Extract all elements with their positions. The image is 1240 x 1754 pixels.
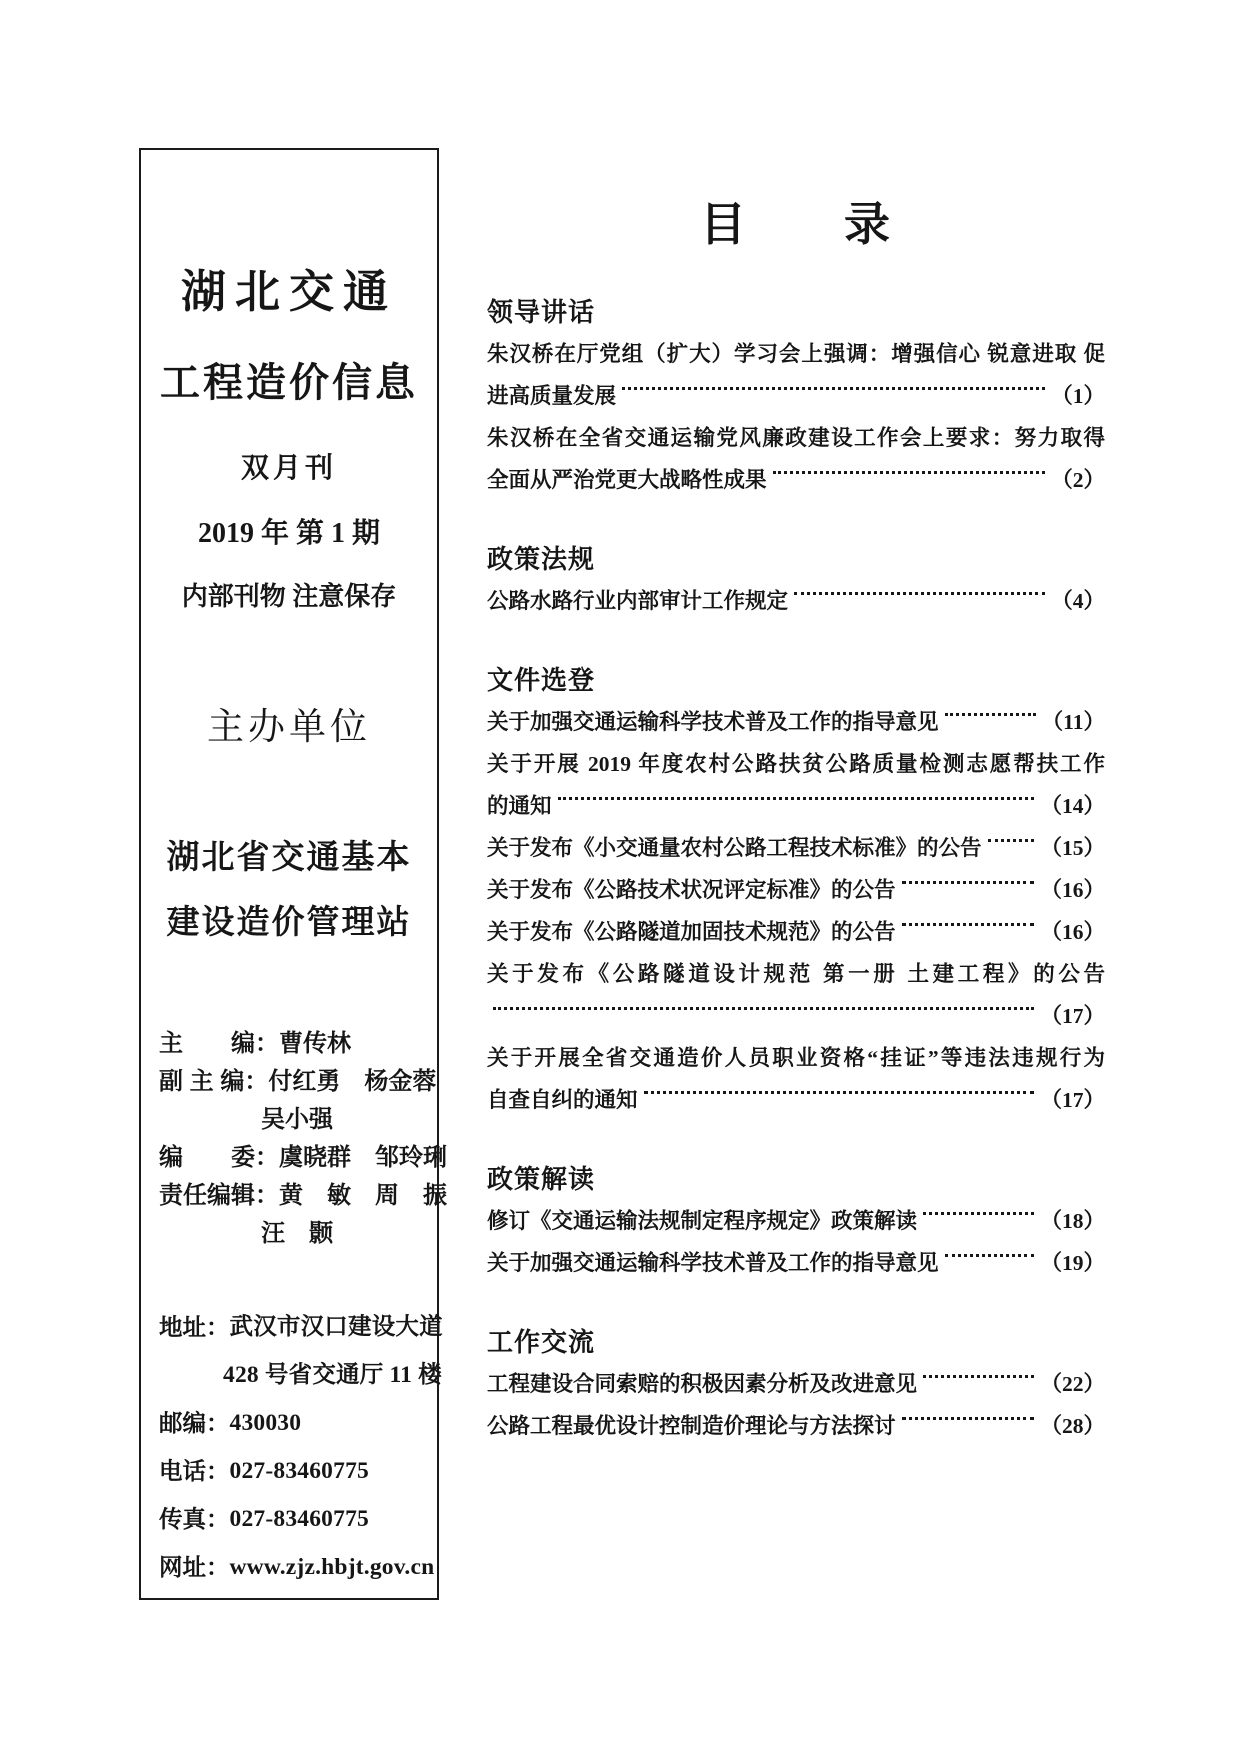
journal-issue: 2019 年 第 1 期 [141,512,437,556]
contact-line: 传真：027-83460775 [159,1495,433,1543]
toc-page-number: （22） [1040,1363,1105,1405]
toc-page-number: （18） [1040,1200,1105,1242]
toc-entry-text: 公路工程最优设计控制造价理论与方法探讨 [487,1405,896,1447]
staff-role-label: 责任编辑： [159,1177,279,1215]
staff-person-name: 曹传林 [279,1025,351,1063]
toc-entry-line: 关于发布《公路隧道加固技术规范》的公告（16） [487,911,1105,953]
toc-entry-line: 朱汉桥在厅党组（扩大）学习会上强调：增强信心 锐意进取 促 [487,333,1105,375]
toc-page-number: （17） [1040,995,1105,1037]
toc-section-heading: 领导讲话 [487,291,1105,333]
journal-notice: 内部刊物 注意保存 [141,575,437,619]
toc-page-number: （1） [1051,375,1105,417]
toc-entry-line: 关于开展全省交通造价人员职业资格“挂证”等违法违规行为 [487,1037,1105,1079]
table-of-contents: 目 录 领导讲话朱汉桥在厅党组（扩大）学习会上强调：增强信心 锐意进取 促进高质… [487,196,1105,1447]
toc-entry-text: 全面从严治党更大战略性成果 [487,459,767,501]
toc-page-number: （16） [1040,869,1105,911]
toc-entry-line: 关于发布《公路隧道设计规范 第一册 土建工程》的公告 [487,953,1105,995]
toc-entry-text: 自查自纠的通知 [487,1079,638,1121]
contact-label: 网址： [159,1543,230,1591]
toc-entry-line: 关于加强交通运输科学技术普及工作的指导意见（11） [487,701,1105,743]
contact-line: 邮编：430030 [159,1399,433,1447]
contact-label: 地址： [159,1303,230,1351]
staff-line: 汪 颢 [159,1215,431,1253]
journal-frequency: 双月刊 [141,447,437,491]
staff-line: 责任编辑：黄 敏 周 振 [159,1177,431,1215]
contact-label: 传真： [159,1495,230,1543]
toc-entry-text: 关于加强交通运输科学技术普及工作的指导意见 [487,701,939,743]
journal-title-line2: 工程造价信息 [141,351,437,415]
staff-person-name: 汪 颢 [261,1215,333,1253]
toc-entry-line: 全面从严治党更大战略性成果（2） [487,459,1105,501]
toc-entry-line: 关于加强交通运输科学技术普及工作的指导意见（19） [487,1242,1105,1284]
contact-label [159,1351,223,1399]
toc-section: 领导讲话朱汉桥在厅党组（扩大）学习会上强调：增强信心 锐意进取 促进高质量发展（… [487,291,1105,501]
staff-line: 副 主 编：付红勇 杨金蓉 [159,1063,431,1101]
contact-line: 428 号省交通厅 11 楼 [159,1351,433,1399]
toc-title: 目 录 [487,196,1105,254]
toc-sections: 领导讲话朱汉桥在厅党组（扩大）学习会上强调：增强信心 锐意进取 促进高质量发展（… [487,291,1105,1447]
toc-section: 工作交流工程建设合同索赔的积极因素分析及改进意见（22）公路工程最优设计控制造价… [487,1321,1105,1447]
contact-value: www.zjz.hbjt.gov.cn [230,1543,435,1591]
toc-entry-text: 公路水路行业内部审计工作规定 [487,580,788,622]
toc-entry-line: 关于发布《小交通量农村公路工程技术标准》的公告（15） [487,827,1105,869]
contact-value: 武汉市汉口建设大道 [230,1303,443,1351]
toc-page-number: （4） [1051,580,1105,622]
organizer-name-line2: 建设造价管理站 [141,897,437,947]
toc-entry-line: 工程建设合同索赔的积极因素分析及改进意见（22） [487,1363,1105,1405]
organizer-heading: 主办单位 [141,699,437,755]
toc-entry-text: 修订《交通运输法规制定程序规定》政策解读 [487,1200,917,1242]
toc-entry-text: 关于发布《公路隧道加固技术规范》的公告 [487,911,896,953]
toc-entry-text: 的通知 [487,785,552,827]
staff-role-label: 主 编： [159,1025,279,1063]
toc-entry-text: 关于加强交通运输科学技术普及工作的指导意见 [487,1242,939,1284]
toc-entry-line: 公路水路行业内部审计工作规定（4） [487,580,1105,622]
toc-entry-text: 进高质量发展 [487,375,616,417]
toc-section-heading: 政策法规 [487,538,1105,580]
toc-section-heading: 文件选登 [487,659,1105,701]
contact-label: 邮编： [159,1399,230,1447]
contact-line: 电话：027-83460775 [159,1447,433,1495]
toc-entry-line: 朱汉桥在全省交通运输党风廉政建设工作会上要求：努力取得 [487,417,1105,459]
staff-role-label: 编 委： [159,1139,279,1177]
staff-role-label [159,1101,261,1139]
toc-page-number: （2） [1051,459,1105,501]
toc-entry-line: 修订《交通运输法规制定程序规定》政策解读（18） [487,1200,1105,1242]
toc-section: 政策解读修订《交通运输法规制定程序规定》政策解读（18）关于加强交通运输科学技术… [487,1158,1105,1284]
toc-entry-text: 工程建设合同索赔的积极因素分析及改进意见 [487,1363,917,1405]
staff-line: 主 编：曹传林 [159,1025,431,1063]
staff-person-name: 黄 敏 周 振 [279,1177,447,1215]
staff-list: 主 编：曹传林副 主 编：付红勇 杨金蓉吴小强编 委：虞晓群 邹玲琍责任编辑：黄… [141,1025,437,1253]
contact-value: 027-83460775 [230,1447,369,1495]
staff-person-name: 付红勇 杨金蓉 [268,1063,436,1101]
contact-value: 027-83460775 [230,1495,369,1543]
toc-section: 政策法规公路水路行业内部审计工作规定（4） [487,538,1105,622]
toc-entry-line: 关于发布《公路技术状况评定标准》的公告（16） [487,869,1105,911]
organizer-name-line1: 湖北省交通基本 [141,832,437,882]
contact-label: 电话： [159,1447,230,1495]
toc-entry-line: （17） [487,995,1105,1037]
contact-value: 430030 [230,1399,302,1447]
staff-line: 吴小强 [159,1101,431,1139]
toc-page-number: （11） [1042,701,1105,743]
toc-page-number: （28） [1040,1405,1105,1447]
toc-entry-text: 关于发布《小交通量农村公路工程技术标准》的公告 [487,827,982,869]
toc-page-number: （19） [1040,1242,1105,1284]
staff-role-label: 副 主 编： [159,1063,268,1101]
journal-info-panel: 湖北交通 工程造价信息 双月刊 2019 年 第 1 期 内部刊物 注意保存 主… [139,148,439,1600]
contact-list: 地址：武汉市汉口建设大道428 号省交通厅 11 楼邮编：430030电话：02… [141,1303,437,1591]
toc-entry-text: 关于发布《公路技术状况评定标准》的公告 [487,869,896,911]
toc-page-number: （15） [1040,827,1105,869]
toc-page-number: （17） [1040,1079,1105,1121]
toc-section: 文件选登关于加强交通运输科学技术普及工作的指导意见（11）关于开展 2019 年… [487,659,1105,1121]
toc-section-heading: 工作交流 [487,1321,1105,1363]
contact-value: 428 号省交通厅 11 楼 [223,1351,442,1399]
toc-page-number: （14） [1040,785,1105,827]
toc-entry-line: 的通知（14） [487,785,1105,827]
toc-entry-line: 关于开展 2019 年度农村公路扶贫公路质量检测志愿帮扶工作 [487,743,1105,785]
staff-person-name: 虞晓群 邹玲琍 [279,1139,447,1177]
toc-section-heading: 政策解读 [487,1158,1105,1200]
toc-entry-line: 公路工程最优设计控制造价理论与方法探讨（28） [487,1405,1105,1447]
toc-page-number: （16） [1040,911,1105,953]
toc-entry-line: 进高质量发展（1） [487,375,1105,417]
contact-line: 网址：www.zjz.hbjt.gov.cn [159,1543,433,1591]
toc-entry-line: 自查自纠的通知（17） [487,1079,1105,1121]
contact-line: 地址：武汉市汉口建设大道 [159,1303,433,1351]
magazine-toc-page: 湖北交通 工程造价信息 双月刊 2019 年 第 1 期 内部刊物 注意保存 主… [0,0,1240,1754]
staff-role-label [159,1215,261,1253]
staff-line: 编 委：虞晓群 邹玲琍 [159,1139,431,1177]
journal-title-line1: 湖北交通 [141,260,437,324]
staff-person-name: 吴小强 [261,1101,333,1139]
